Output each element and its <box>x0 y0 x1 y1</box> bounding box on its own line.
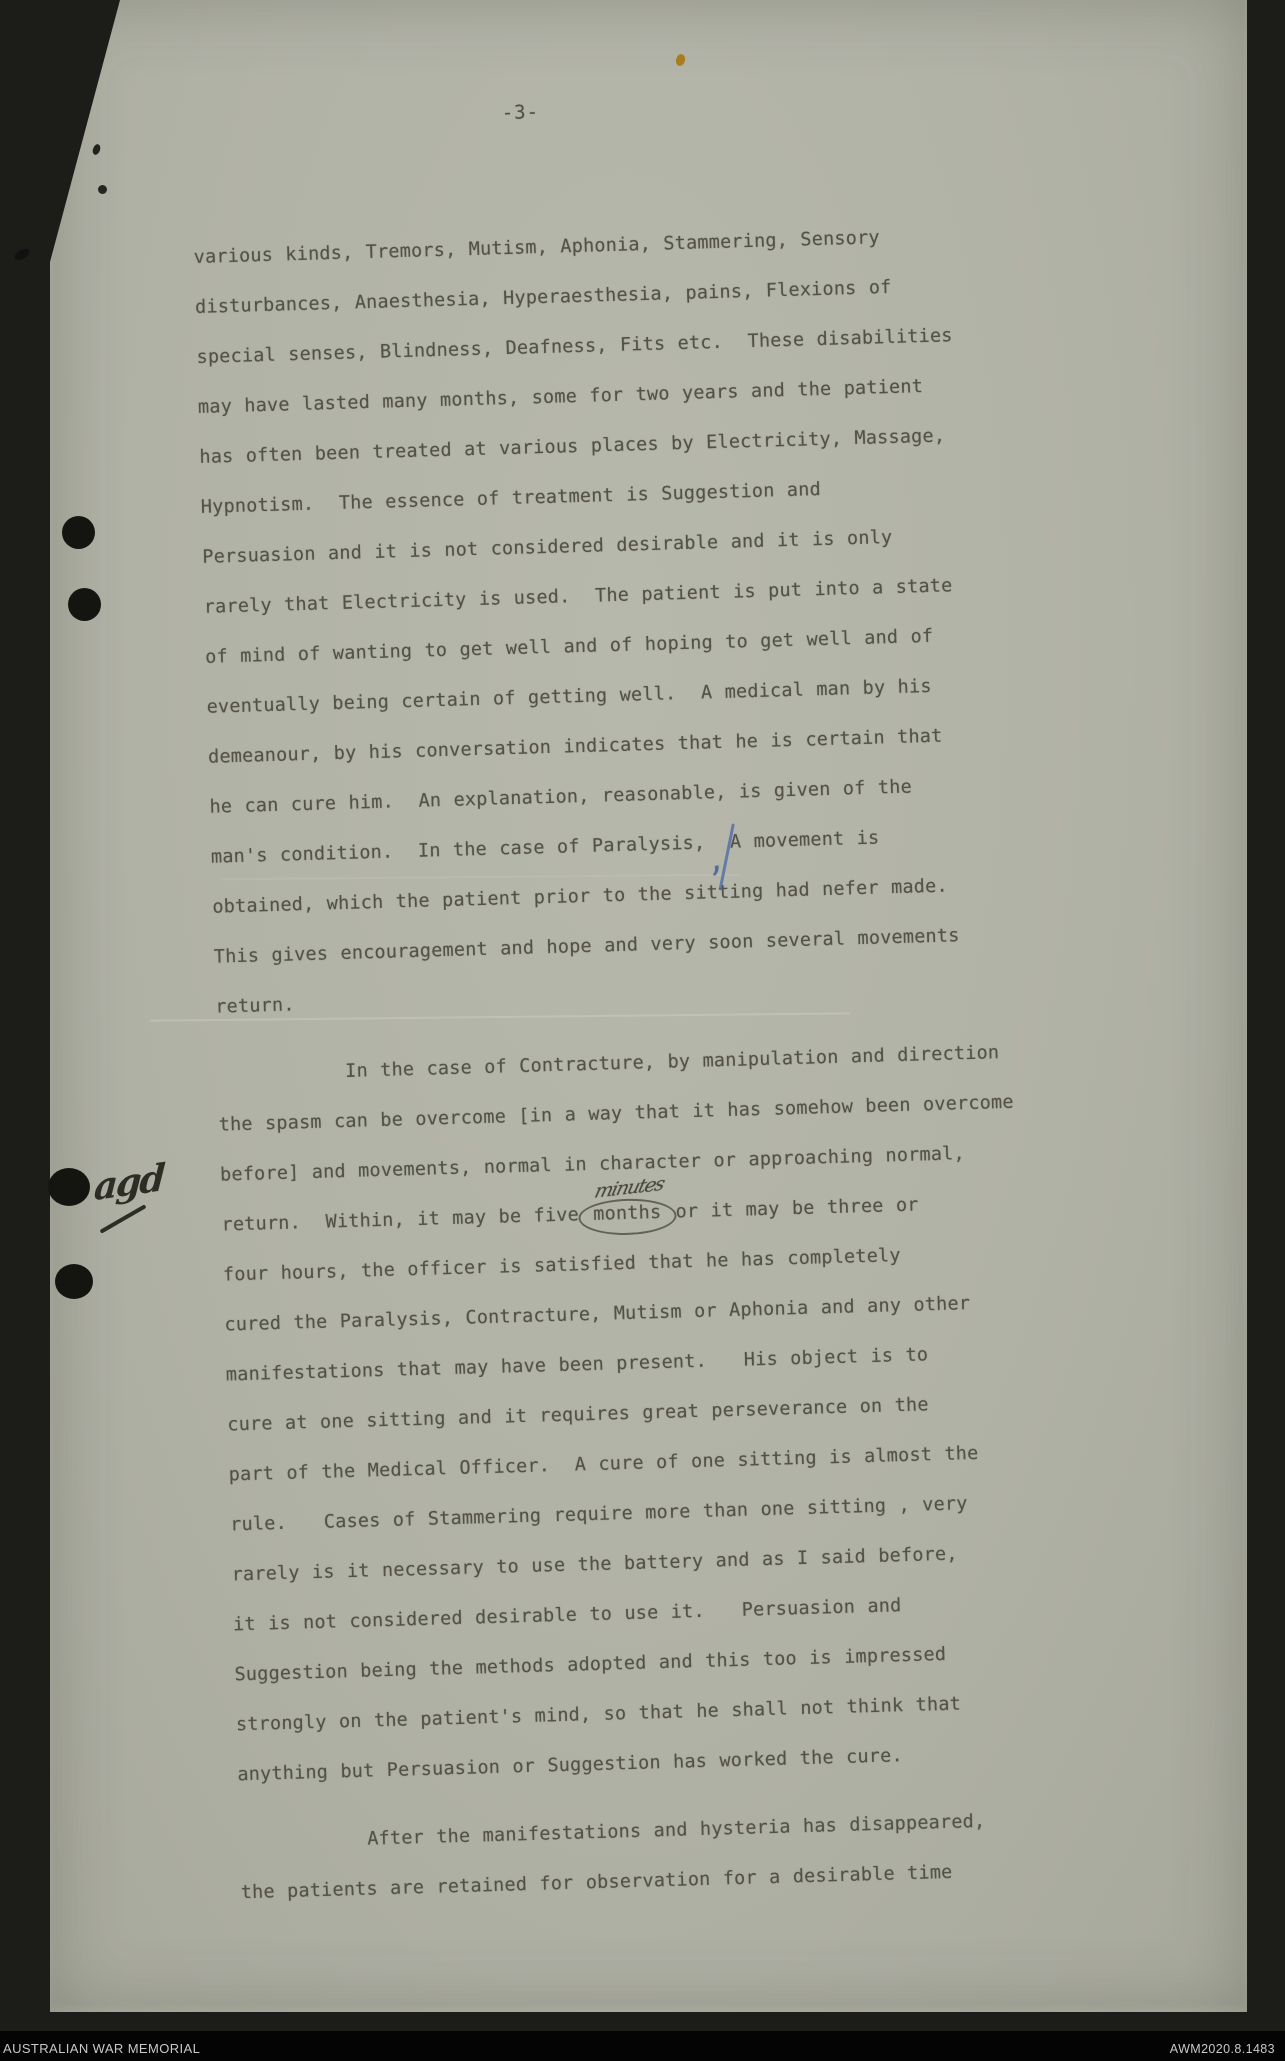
paragraphs-container: various kinds, Tremors, Mutism, Aphonia,… <box>193 209 1071 1918</box>
catalogue-id-label: AWM2020.8.1483 <box>1170 2042 1275 2056</box>
hole-punch <box>68 588 101 621</box>
insertion-marked-word: A <box>730 831 742 852</box>
hole-punch <box>55 1264 93 1299</box>
paragraph: various kinds, Tremors, Mutism, Aphonia,… <box>193 209 1046 1033</box>
dirt-speck <box>98 185 107 194</box>
circled-word: monthsminutes <box>578 1197 677 1236</box>
page-number: -3- <box>501 101 539 124</box>
typed-text: -3- various kinds, Tremors, Mutism, Apho… <box>193 209 1071 1918</box>
hole-punch <box>48 1168 90 1206</box>
dirt-speck <box>13 247 31 263</box>
archive-name-label: AUSTRALIAN WAR MEMORIAL <box>3 2041 200 2056</box>
hole-punch <box>62 516 95 549</box>
paragraph: In the case of Contracture, by manipulat… <box>217 1027 1068 1801</box>
